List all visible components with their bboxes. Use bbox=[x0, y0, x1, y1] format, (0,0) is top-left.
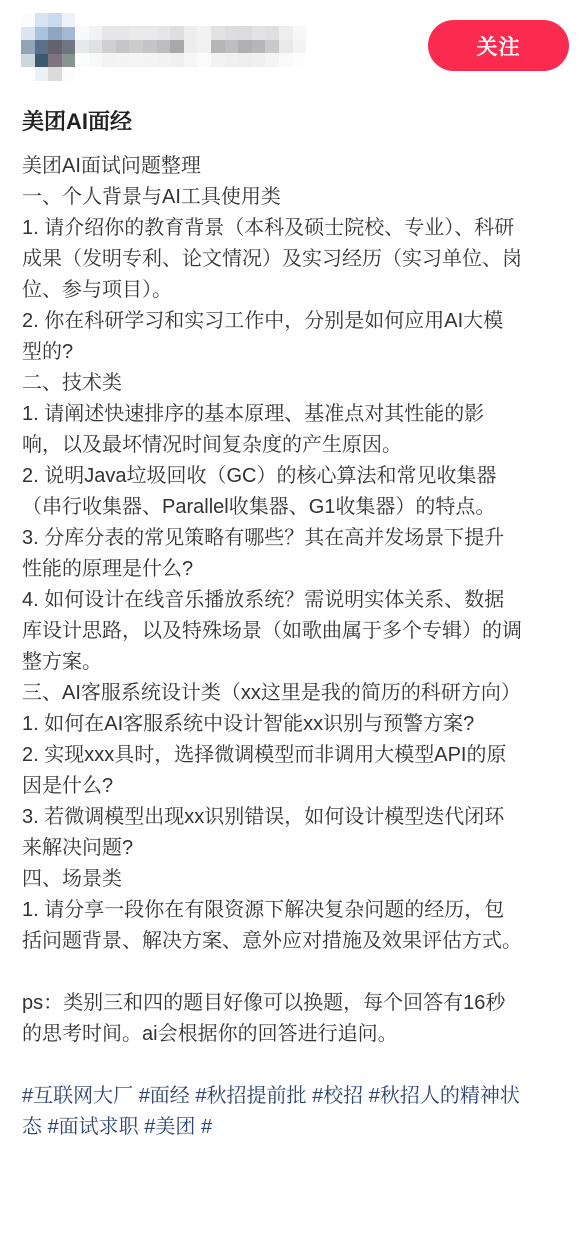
post-line: 4. 如何设计在线音乐播放系统？需说明实体关系、数据库设计思路，以及特殊场景（如… bbox=[22, 585, 522, 678]
post-line: ps：类别三和四的题目好像可以换题，每个回答有16秒的思考时间。ai会根据你的回… bbox=[22, 988, 522, 1050]
post-line: 2. 说明Java垃圾回收（GC）的核心算法和常见收集器（串行收集器、Paral… bbox=[22, 461, 522, 523]
username-blurred[interactable] bbox=[75, 26, 306, 67]
post-line: 2. 你在科研学习和实习工作中，分别是如何应用AI大模型的? bbox=[22, 306, 522, 368]
post-line: 2. 实现xxx具时，选择微调模型而非调用大模型API的原因是什么? bbox=[22, 740, 522, 802]
post-line: 三、AI客服系统设计类（xx这里是我的简历的科研方向） bbox=[22, 678, 522, 709]
post-line: 一、个人背景与AI工具使用类 bbox=[22, 182, 522, 213]
post-line: 1. 请分享一段你在有限资源下解决复杂问题的经历，包括问题背景、解决方案、意外应… bbox=[22, 895, 522, 957]
hashtag-link[interactable]: #秋招提前批 bbox=[195, 1085, 312, 1107]
hashtag-link[interactable]: #互联网大厂 bbox=[22, 1085, 139, 1107]
avatar[interactable] bbox=[21, 13, 75, 81]
hashtag-link[interactable]: #校招 bbox=[312, 1085, 369, 1107]
post-title: 美团AI面经 bbox=[22, 108, 557, 136]
post-line: 四、场景类 bbox=[22, 864, 522, 895]
hashtag-row: #互联网大厂#面经#秋招提前批#校招#秋招人的精神状态#面试求职#美团# bbox=[22, 1081, 522, 1143]
post-body: 美团AI面经 美团AI面试问题整理一、个人背景与AI工具使用类1. 请介绍你的教… bbox=[0, 108, 579, 1143]
post-line: 3. 若微调模型出现xx识别错误，如何设计模型迭代闭环来解决问题? bbox=[22, 802, 522, 864]
post-line: 3. 分库分表的常见策略有哪些？其在高并发场景下提升性能的原理是什么? bbox=[22, 523, 522, 585]
post-header: 关注 bbox=[0, 0, 579, 96]
post-line bbox=[22, 1050, 522, 1081]
post-line: 二、技术类 bbox=[22, 368, 522, 399]
hashtag-link[interactable]: #美团 bbox=[144, 1116, 201, 1138]
post-line: 1. 请介绍你的教育背景（本科及硕士院校、专业）、科研成果（发明专利、论文情况）… bbox=[22, 213, 522, 306]
post-line: 1. 如何在AI客服系统中设计智能xx识别与预警方案? bbox=[22, 709, 522, 740]
post-line: 美团AI面试问题整理 bbox=[22, 151, 522, 182]
hashtag-link[interactable]: #面试求职 bbox=[48, 1116, 145, 1138]
post-detail-page: 关注 美团AI面经 美团AI面试问题整理一、个人背景与AI工具使用类1. 请介绍… bbox=[0, 0, 579, 1254]
hashtag-link[interactable]: # bbox=[201, 1116, 212, 1138]
follow-button[interactable]: 关注 bbox=[428, 20, 569, 71]
post-line bbox=[22, 957, 522, 988]
post-content: 美团AI面试问题整理一、个人背景与AI工具使用类1. 请介绍你的教育背景（本科及… bbox=[22, 151, 522, 1081]
hashtag-link[interactable]: #面经 bbox=[139, 1085, 196, 1107]
post-line: 1. 请阐述快速排序的基本原理、基准点对其性能的影响，以及最坏情况时间复杂度的产… bbox=[22, 399, 522, 461]
